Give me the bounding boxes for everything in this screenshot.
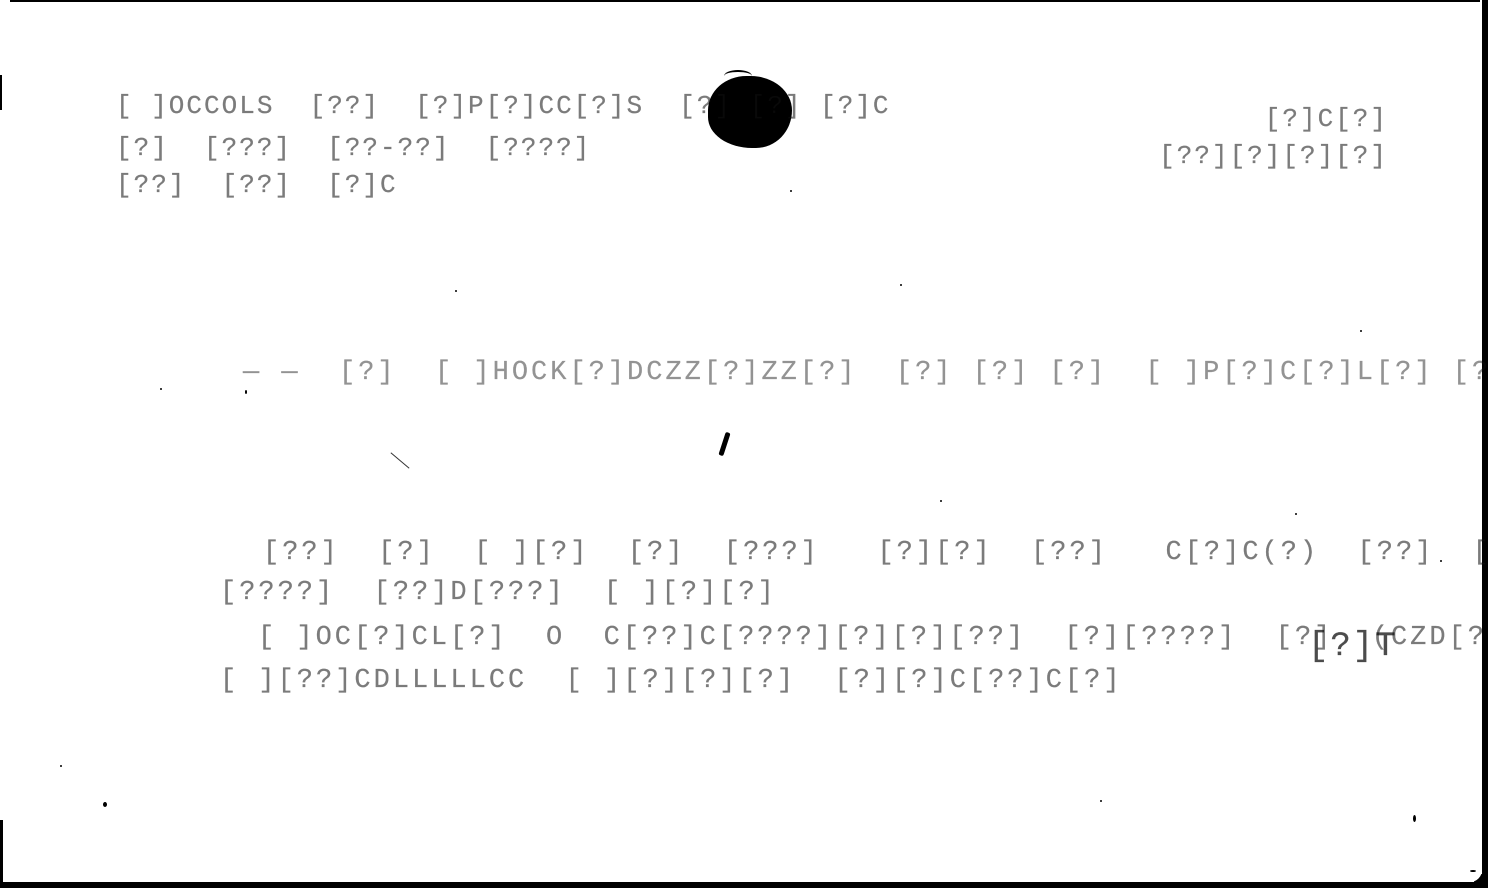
speck xyxy=(790,190,792,192)
speck xyxy=(12,884,17,887)
scan-border-top xyxy=(10,0,1480,2)
side-mark: [?]T xyxy=(1308,630,1398,664)
speck xyxy=(940,500,942,502)
body-line-1: [??] [?] [ ][?] [?] [???] [?][?] [??] C[… xyxy=(263,540,1488,567)
header-left-line-3: [??] [??] [?]C xyxy=(116,172,398,198)
speck xyxy=(455,290,457,292)
body-line-2: [????] [??]D[???] [ ][?][?] xyxy=(220,580,777,607)
speck xyxy=(1295,513,1297,515)
header-right-line-1: [?]C[?] xyxy=(1265,106,1388,132)
scan-border-bottom xyxy=(0,882,1488,888)
speck xyxy=(900,284,902,286)
catalog-card: [ ]OCCOLS [??] [?]P[?]CC[?]S [?] [?] [?]… xyxy=(0,0,1488,888)
speck xyxy=(1100,800,1102,802)
scan-border-left-lower xyxy=(0,820,3,888)
header-left-line-1: [ ]OCCOLS [??] [?]P[?]CC[?]S [?] [?] [?]… xyxy=(116,93,891,119)
scan-scratch xyxy=(390,452,409,468)
speck xyxy=(103,802,107,807)
speck xyxy=(160,388,162,390)
ink-mark xyxy=(718,432,730,456)
speck xyxy=(1440,560,1442,562)
speck xyxy=(245,390,247,394)
header-left-line-2: [?] [???] [??-??] [????] xyxy=(116,135,591,161)
header-right-line-2: [??][?][?][?] xyxy=(1159,143,1388,169)
scan-border-left xyxy=(0,75,2,110)
speck xyxy=(1413,815,1416,822)
speck xyxy=(60,765,62,767)
title-line: — — [?] [ ]HOCK[?]DCZZ[?]ZZ[?] [?] [?] [… xyxy=(243,360,1488,387)
scan-border-right xyxy=(1482,0,1488,888)
body-line-3: [ ]OC[?]CL[?] O C[??]C[????][?][?][??] [… xyxy=(258,625,1488,652)
speck xyxy=(1470,870,1476,872)
body-line-4: [ ][??]CDLLLLLCC [ ][?][?][?] [?][?]C[??… xyxy=(220,668,1123,695)
speck xyxy=(1360,330,1362,332)
